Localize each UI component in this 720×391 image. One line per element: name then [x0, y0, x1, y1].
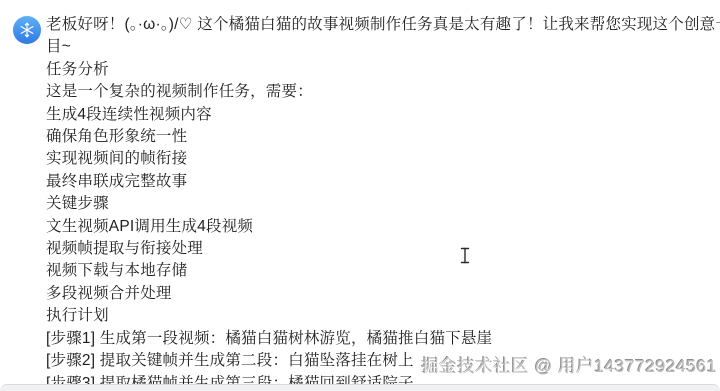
- assistant-message: 老板好呀！(｡·ω·｡)/♡ 这个橘猫白猫的故事视频制作任务真是太有趣了！让我来…: [46, 14, 714, 391]
- message-line: 执行计划: [46, 305, 714, 327]
- assistant-avatar: [13, 16, 41, 44]
- message-line: 视频下载与本地存储: [46, 260, 714, 282]
- text-ibeam-cursor-icon: [459, 247, 471, 264]
- message-line: 确保角色形象统一性: [46, 126, 714, 148]
- message-line: 实现视频间的帧衔接: [46, 148, 714, 170]
- message-line: 视频帧提取与衔接处理: [46, 238, 714, 260]
- chat-window: 老板好呀！(｡·ω·｡)/♡ 这个橘猫白猫的故事视频制作任务真是太有趣了！让我来…: [0, 0, 720, 391]
- message-line: 多段视频合并处理: [46, 283, 714, 305]
- message-line: 任务分析: [46, 59, 714, 81]
- message-line: 最终串联成完整故事: [46, 171, 714, 193]
- message-line: 这是一个复杂的视频制作任务，需要：: [46, 81, 714, 103]
- bottom-panel-edge: [0, 384, 720, 391]
- watermark: 掘金技术社区 @ 用户143772924561: [421, 353, 717, 378]
- message-line: 关键步骤: [46, 193, 714, 215]
- message-line: 目~: [46, 36, 714, 58]
- message-line: 生成4段连续性视频内容: [46, 104, 714, 126]
- message-line: 文生视频API调用生成4段视频: [46, 216, 714, 238]
- snowflake-icon: [18, 21, 36, 39]
- message-line: [步骤1] 生成第一段视频：橘猫白猫树林游览，橘猫推白猫下悬崖: [46, 328, 714, 350]
- message-line: 老板好呀！(｡·ω·｡)/♡ 这个橘猫白猫的故事视频制作任务真是太有趣了！让我来…: [46, 14, 714, 36]
